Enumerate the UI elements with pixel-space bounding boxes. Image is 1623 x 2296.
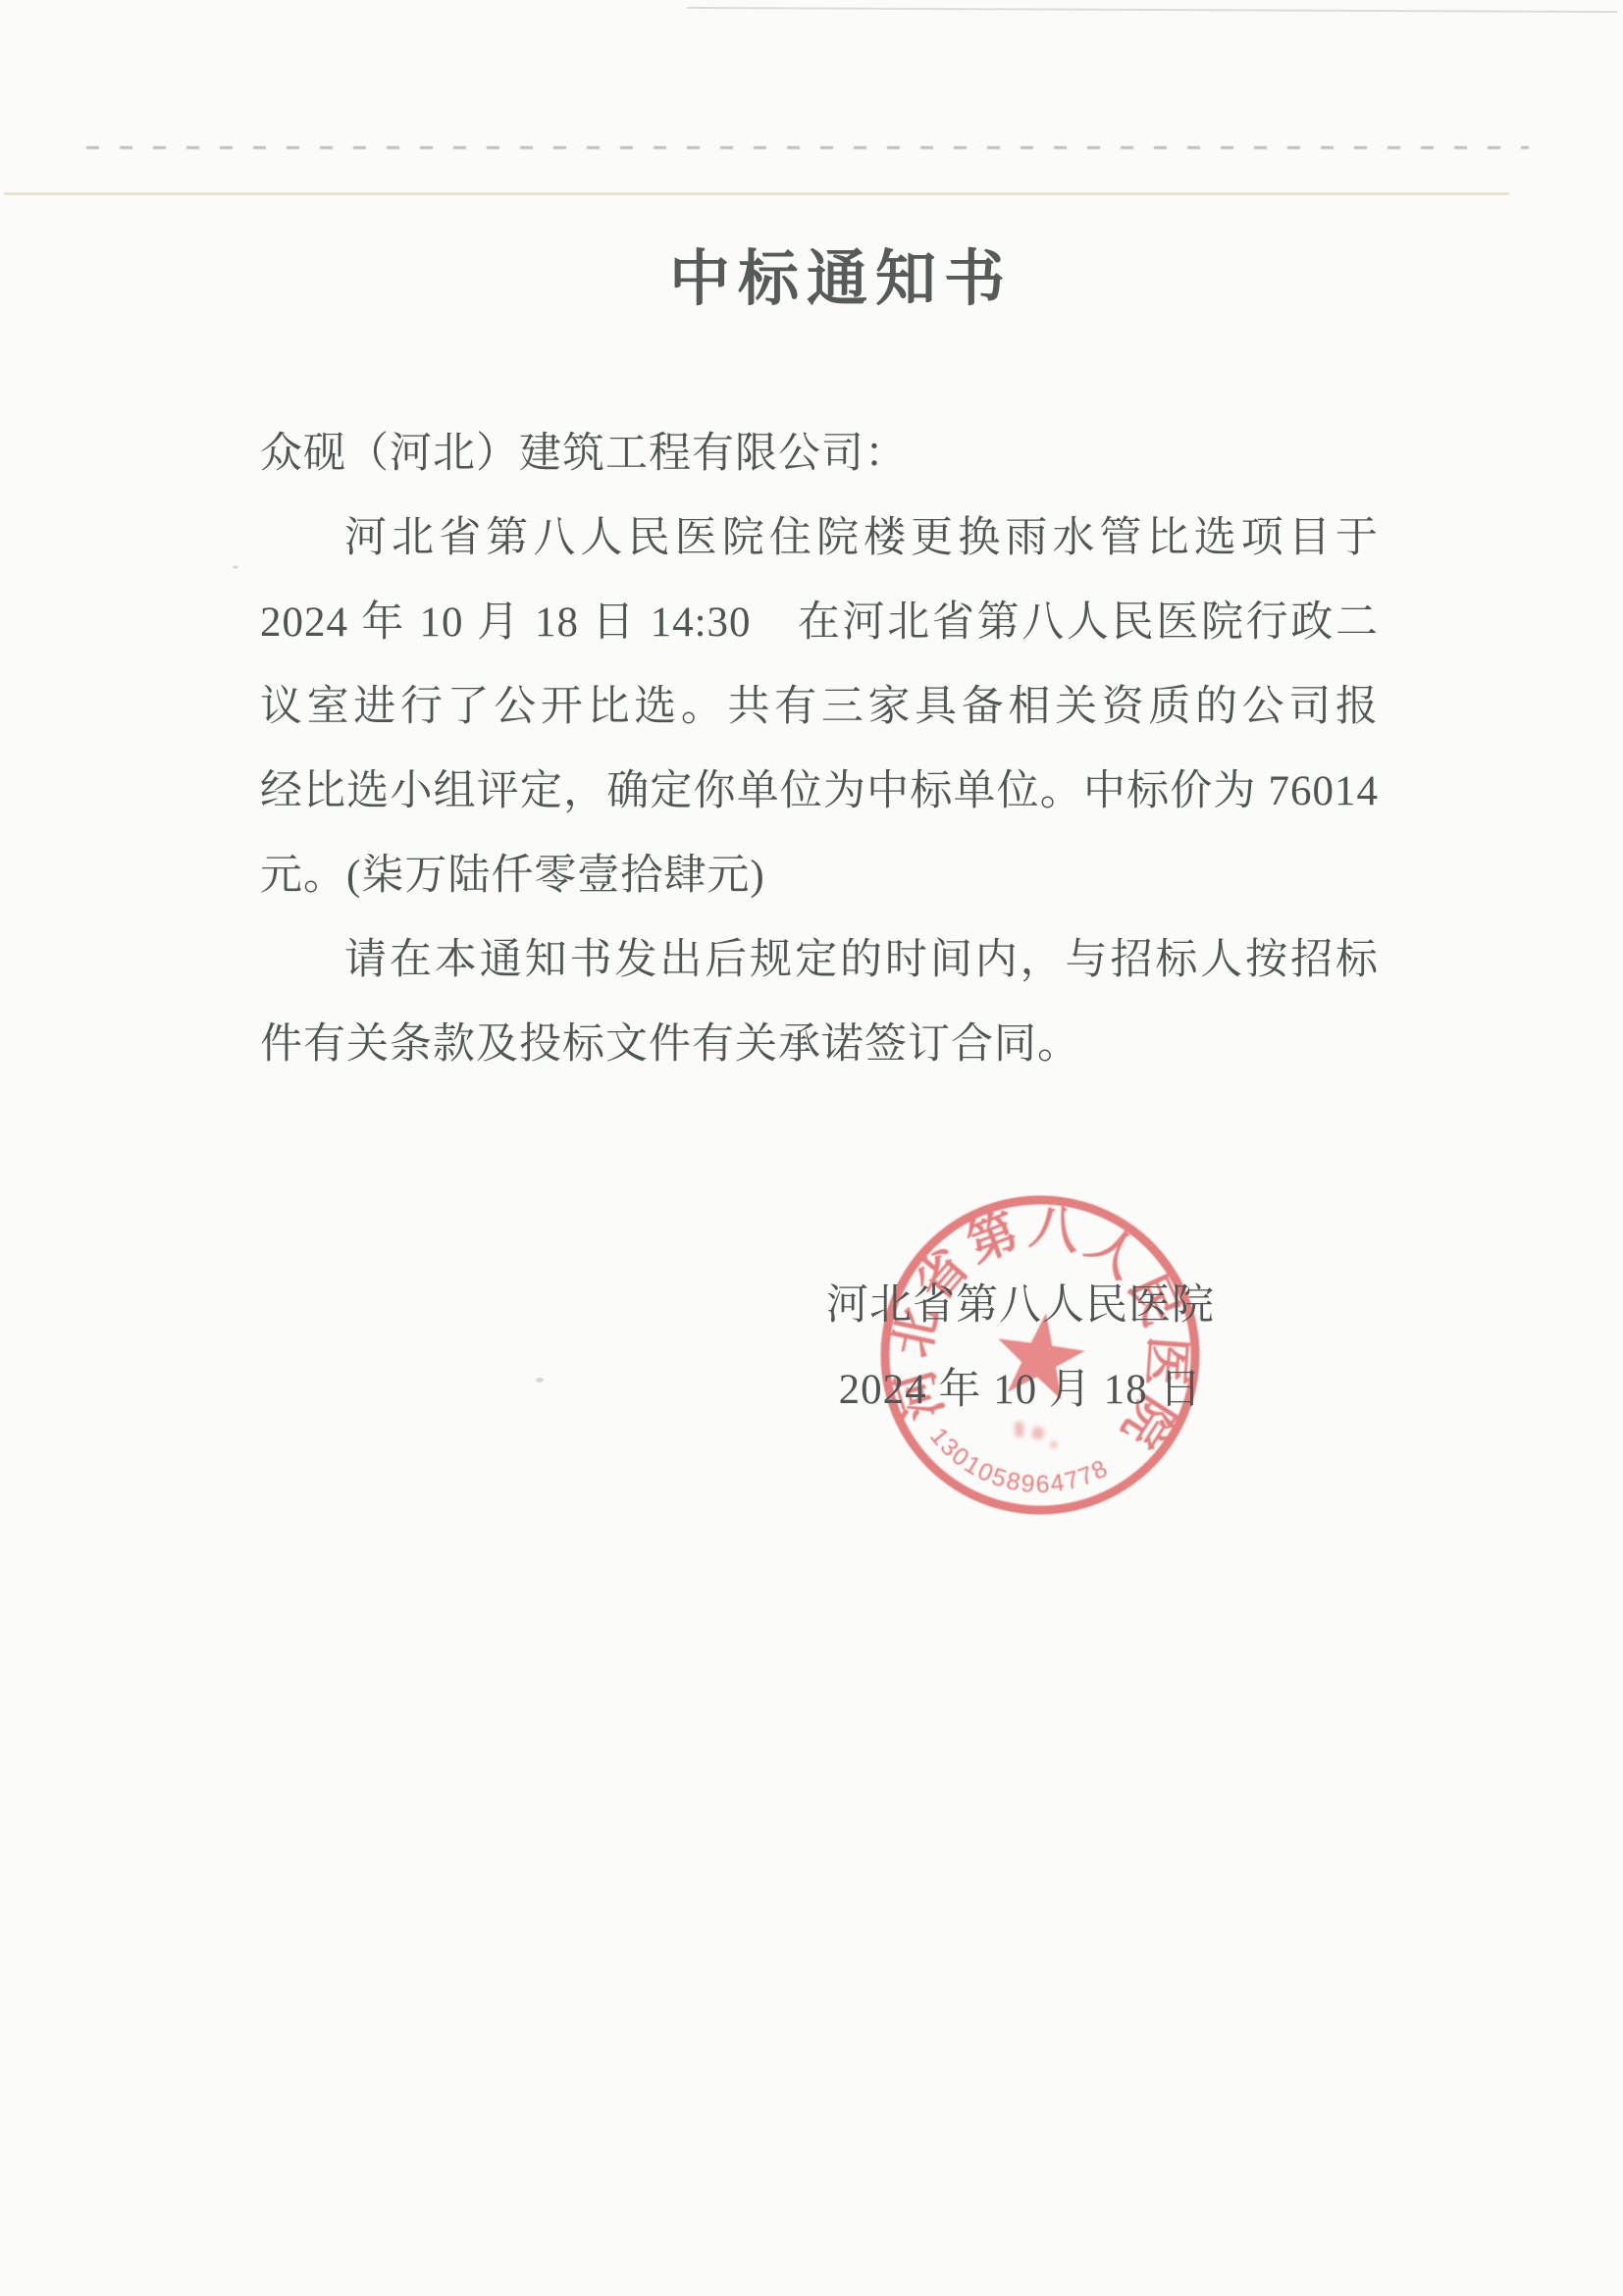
signature-block: 河北省第八人民医院 2024 年 10 月 18 日 [726,1264,1315,1433]
body-line: 经比选小组评定，确定你单位为中标单位。中标价为 76014 [260,750,1379,834]
body-line: 请在本通知书发出后规定的时间内，与招标人按招标文 [260,918,1379,1003]
scan-artifact-top-line [687,7,1617,13]
recipient-line: 众砚（河北）建筑工程有限公司： [260,412,1379,496]
scanned-document-page: 中标通知书 众砚（河北）建筑工程有限公司： 河北省第八人民医院住院楼更换雨水管比… [0,0,1623,2296]
scan-artifact-speck [536,1378,544,1383]
body-line: 件有关条款及投标文件有关承诺签订合同。 [260,1003,1379,1087]
body-line: 2024 年 10 月 18 日 14:30 在河北省第八人民医院行政二楼会 [260,581,1379,665]
scan-artifact-speck [233,565,238,569]
body-line: 河北省第八人民医院住院楼更换雨水管比选项目于 [260,496,1379,581]
body-line: 议室进行了公开比选。共有三家具备相关资质的公司报名， [260,665,1379,750]
signature-organization: 河北省第八人民医院 [726,1264,1315,1348]
document-body: 众砚（河北）建筑工程有限公司： 河北省第八人民医院住院楼更换雨水管比选项目于 2… [260,412,1379,1087]
scan-artifact-dashed-line [86,146,1529,149]
scan-artifact-fold-line [4,192,1509,195]
signature-date: 2024 年 10 月 18 日 [726,1348,1315,1433]
body-line: 元。(柒万陆仟零壹拾肆元) [260,834,1379,918]
document-title: 中标通知书 [59,230,1623,317]
